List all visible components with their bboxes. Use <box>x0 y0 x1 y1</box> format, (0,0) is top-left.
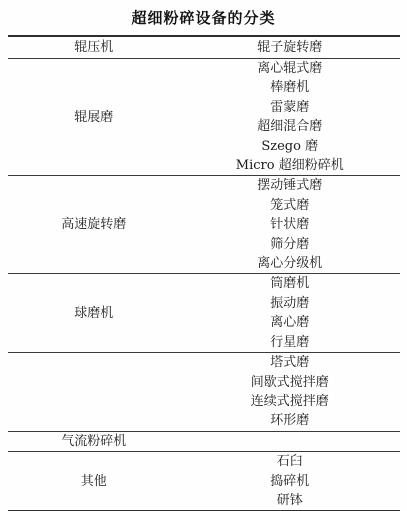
table-section-roller-press: 辊压机 辊子旋转磨 <box>8 36 400 59</box>
equipment-cell: 雷蒙磨 <box>180 98 400 117</box>
table-section-high-speed-rotary-mill: 高速旋转磨 摆动锤式磨 笼式磨 针状磨 筛分磨 离心分级机 <box>8 176 400 274</box>
table-row: 高速旋转磨 摆动锤式磨 <box>8 176 400 196</box>
table-section-roller-mill: 辊展磨 离心辊式磨 棒磨机 雷蒙磨 超细混合磨 Szego 磨 Micro 超细… <box>8 59 400 176</box>
equipment-cell: 间歇式搅拌磨 <box>180 373 400 392</box>
category-cell <box>8 353 180 432</box>
equipment-cell: 连续式搅拌磨 <box>180 392 400 411</box>
equipment-cell: 笼式磨 <box>180 196 400 215</box>
table-section-other: 其他 石臼 捣碎机 研钵 <box>8 452 400 511</box>
equipment-cell: 摆动锤式磨 <box>180 176 400 196</box>
equipment-cell: 筛分磨 <box>180 235 400 254</box>
equipment-cell: 针状磨 <box>180 215 400 234</box>
equipment-cell: 塔式磨 <box>180 353 400 373</box>
table-title: 超细粉碎设备的分类 <box>0 0 407 28</box>
table-row: 气流粉碎机 <box>8 431 400 451</box>
equipment-cell: 研钵 <box>180 491 400 511</box>
table-row: 塔式磨 <box>8 353 400 373</box>
category-cell: 高速旋转磨 <box>8 176 180 274</box>
equipment-cell: Micro 超细粉碎机 <box>180 156 400 176</box>
equipment-cell: 环形磨 <box>180 411 400 431</box>
equipment-cell: 筒磨机 <box>180 274 400 294</box>
equipment-cell: 超细混合磨 <box>180 117 400 136</box>
equipment-cell: 辊子旋转磨 <box>180 36 400 59</box>
equipment-cell: 离心磨 <box>180 313 400 332</box>
equipment-cell: 石臼 <box>180 452 400 472</box>
category-cell: 辊压机 <box>8 36 180 59</box>
table-section-ball-mill: 球磨机 筒磨机 振动磨 离心磨 行星磨 <box>8 274 400 353</box>
equipment-cell: 棒磨机 <box>180 78 400 97</box>
equipment-cell: 离心辊式磨 <box>180 59 400 79</box>
table-section-stirred-mill: 塔式磨 间歇式搅拌磨 连续式搅拌磨 环形磨 <box>8 353 400 432</box>
category-cell: 其他 <box>8 452 180 511</box>
equipment-cell: 离心分级机 <box>180 254 400 274</box>
table-row: 球磨机 筒磨机 <box>8 274 400 294</box>
table-row: 辊展磨 离心辊式磨 <box>8 59 400 79</box>
table-section-jet-mill: 气流粉碎机 <box>8 431 400 451</box>
category-cell: 气流粉碎机 <box>8 431 180 451</box>
table-row: 辊压机 辊子旋转磨 <box>8 36 400 59</box>
category-cell: 辊展磨 <box>8 59 180 176</box>
classification-table: 辊压机 辊子旋转磨 辊展磨 离心辊式磨 棒磨机 雷蒙磨 超细混合磨 Szego … <box>8 35 400 511</box>
equipment-cell: 振动磨 <box>180 294 400 313</box>
equipment-cell: Szego 磨 <box>180 137 400 156</box>
equipment-cell: 行星磨 <box>180 333 400 353</box>
category-cell: 球磨机 <box>8 274 180 353</box>
equipment-cell <box>180 431 400 451</box>
table-row: 其他 石臼 <box>8 452 400 472</box>
equipment-cell: 捣碎机 <box>180 472 400 491</box>
scanned-page: 超细粉碎设备的分类 辊压机 辊子旋转磨 辊展磨 离心辊式磨 棒磨机 雷蒙磨 超细… <box>0 0 407 511</box>
